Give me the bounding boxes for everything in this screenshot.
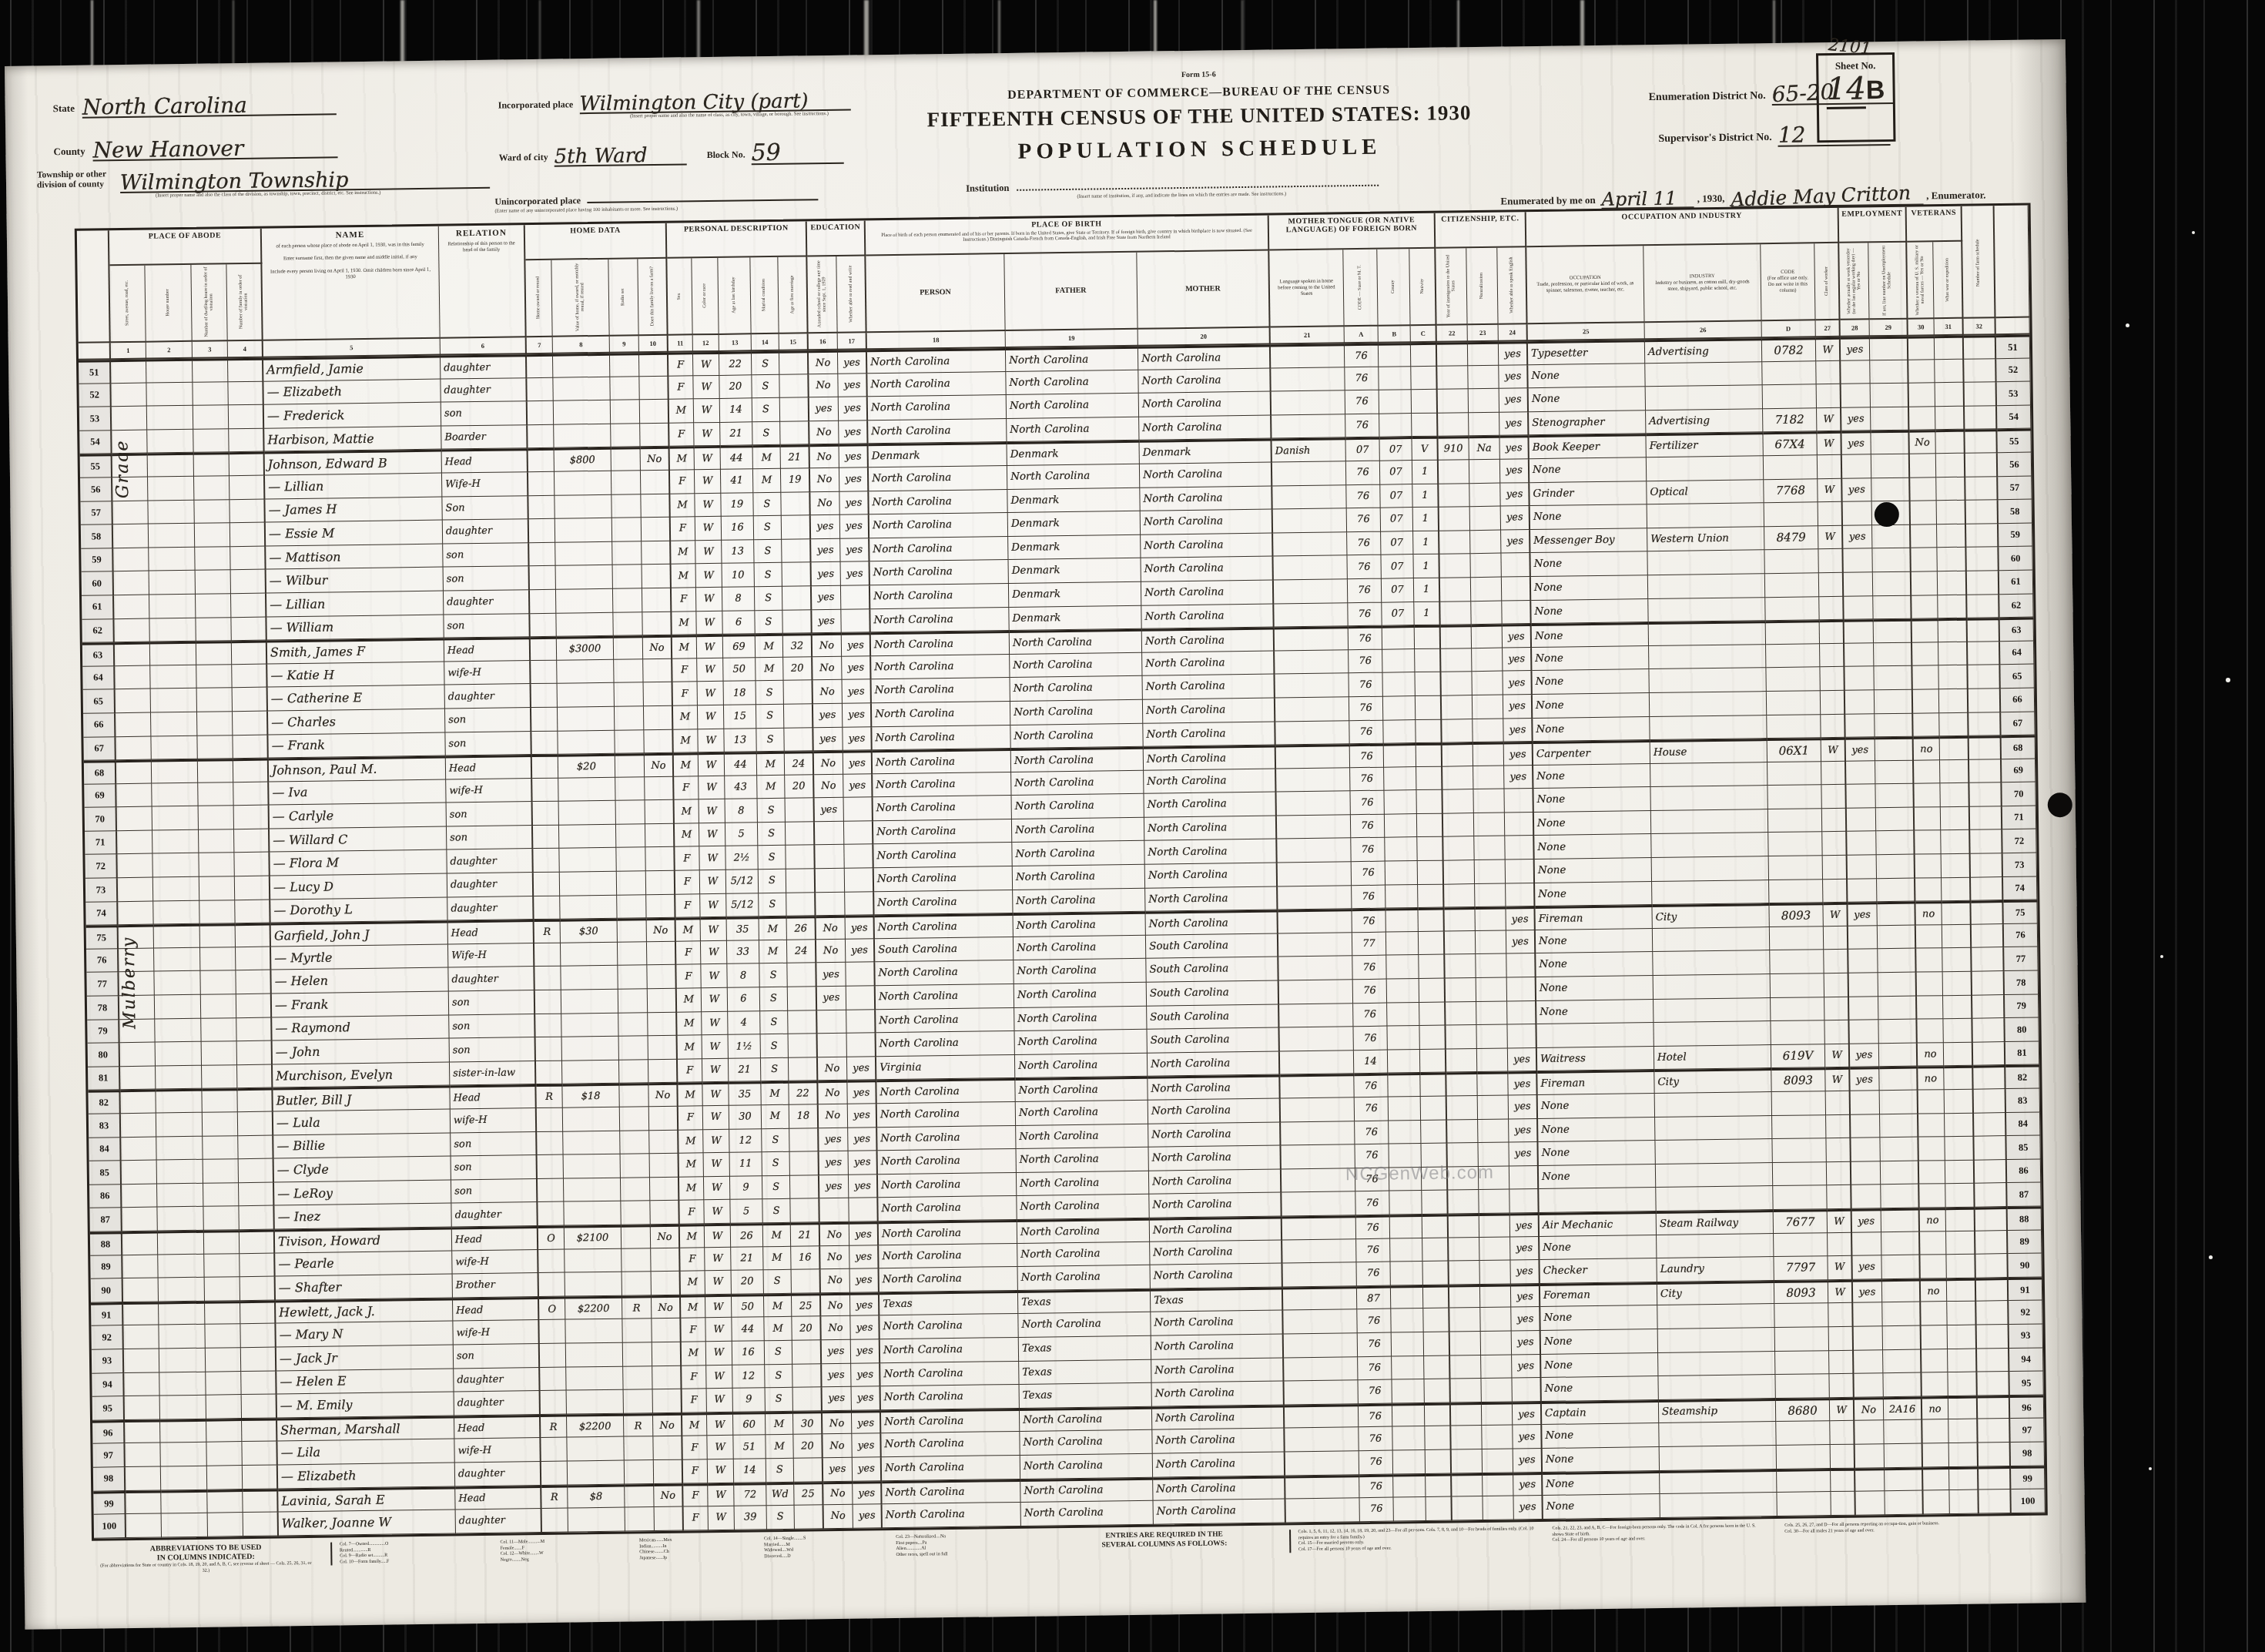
table-cell	[1441, 648, 1472, 672]
table-cell: daughter	[455, 1462, 541, 1486]
table-cell	[1854, 1350, 1883, 1374]
table-cell	[789, 1057, 818, 1081]
table-cell: North Carolina	[873, 796, 1012, 821]
table-cell: No	[823, 1434, 852, 1458]
table-cell: son	[454, 1344, 540, 1369]
table-cell: North Carolina	[1142, 628, 1275, 653]
state-value: North Carolina	[82, 92, 247, 120]
table-cell: yes	[1501, 506, 1530, 530]
table-cell	[532, 755, 558, 779]
table-cell	[199, 876, 235, 900]
table-cell	[1473, 789, 1504, 813]
table-cell: — Lillian	[265, 474, 442, 500]
table-cell	[1654, 998, 1771, 1024]
table-cell: Fireman	[1537, 1070, 1654, 1095]
table-cell	[1653, 951, 1770, 977]
table-cell: Son	[442, 496, 528, 521]
table-cell: Boarder	[441, 425, 528, 450]
table-cell: $8	[568, 1484, 625, 1509]
table-cell	[1972, 995, 2005, 1019]
table-cell	[153, 900, 199, 924]
table-cell	[1772, 1115, 1826, 1140]
table-cell	[647, 942, 676, 966]
table-cell: M	[669, 400, 694, 424]
table-cell	[124, 1372, 159, 1396]
film-streak	[1457, 0, 1459, 54]
table-cell	[1417, 814, 1443, 838]
table-cell: No	[816, 916, 846, 940]
column-subheader: Attended school or college any time sinc…	[807, 256, 837, 333]
table-cell	[817, 1010, 846, 1034]
table-cell	[610, 377, 639, 400]
table-cell: yes	[843, 727, 872, 751]
table-cell	[1851, 1185, 1881, 1209]
table-cell: W	[707, 1412, 733, 1436]
table-cell	[650, 1201, 679, 1225]
table-cell: North Carolina	[869, 537, 1008, 562]
table-cell: son	[449, 990, 535, 1015]
table-cell	[1654, 974, 1771, 1000]
table-cell: No	[813, 657, 842, 681]
table-cell	[561, 943, 618, 967]
table-cell	[559, 801, 616, 826]
table-cell: daughter	[448, 967, 534, 992]
table-cell	[1977, 1372, 2009, 1396]
table-cell: North Carolina	[870, 560, 1009, 585]
table-cell: 15	[724, 705, 756, 729]
table-cell	[1972, 971, 2005, 995]
table-cell	[1440, 578, 1471, 601]
table-cell	[567, 1437, 624, 1462]
table-cell	[1848, 855, 1877, 879]
table-cell: W	[693, 375, 719, 399]
table-cell	[1775, 1327, 1829, 1352]
table-cell	[1443, 837, 1474, 861]
table-cell	[538, 1202, 564, 1226]
table-cell: Hewlett, Jack J.	[276, 1298, 453, 1324]
table-cell: W	[706, 1365, 732, 1389]
table-cell	[1476, 930, 1506, 954]
table-cell	[158, 1231, 204, 1255]
table-cell: North Carolina	[1153, 1476, 1285, 1501]
table-cell: North Carolina	[875, 960, 1014, 986]
column-number	[79, 343, 111, 360]
table-cell	[1824, 973, 1849, 997]
table-cell	[1822, 832, 1847, 856]
line-number: 78	[2005, 971, 2039, 995]
table-cell	[1652, 856, 1769, 882]
line-number: 75	[86, 925, 119, 949]
table-cell	[1274, 579, 1348, 604]
table-cell	[1768, 809, 1822, 833]
table-cell	[531, 660, 557, 684]
table-cell	[1658, 1375, 1775, 1400]
table-cell: daughter	[454, 1391, 541, 1416]
column-number: 3	[193, 341, 228, 359]
table-cell: North Carolina	[1010, 700, 1143, 725]
line-number: 85	[89, 1161, 122, 1185]
table-cell	[1871, 454, 1910, 478]
township-label: Township or other division of county	[37, 169, 117, 190]
table-cell: W	[1825, 1067, 1850, 1091]
table-cell: W	[701, 917, 727, 941]
table-cell: — Mary N	[276, 1322, 453, 1348]
table-cell: W	[1823, 903, 1848, 927]
table-cell: Denmark	[1009, 605, 1141, 631]
table-cell	[1975, 1231, 2008, 1255]
line-number: 59	[81, 548, 113, 572]
table-cell	[1977, 1349, 2009, 1372]
table-cell	[153, 877, 199, 901]
table-cell	[1845, 619, 1874, 643]
table-cell	[841, 585, 870, 609]
table-cell: yes	[852, 1410, 881, 1434]
table-cell	[1973, 1042, 2005, 1066]
table-cell	[1978, 1419, 2010, 1443]
table-cell: 19	[721, 493, 753, 517]
table-cell	[1947, 1302, 1976, 1325]
table-cell	[1975, 1160, 2007, 1184]
table-cell: — M. Emily	[277, 1392, 454, 1419]
table-cell	[1285, 1451, 1359, 1476]
table-cell	[1911, 548, 1937, 572]
table-cell: yes	[838, 350, 867, 374]
table-cell: 60	[733, 1412, 766, 1436]
table-cell: 20	[719, 375, 752, 399]
table-cell: M	[681, 1295, 705, 1319]
table-cell: W	[704, 1177, 730, 1201]
table-cell	[121, 1137, 156, 1161]
table-cell	[1278, 862, 1352, 886]
table-cell	[1418, 884, 1444, 908]
table-cell: None	[1538, 1094, 1655, 1119]
column-subheader: Whether actually at work yesterday (or t…	[1839, 243, 1869, 320]
table-cell	[1942, 877, 1971, 901]
table-cell	[1820, 667, 1845, 691]
table-cell	[1945, 1137, 1974, 1161]
table-cell: M	[756, 658, 783, 682]
column-subheader: CODE — State or M. T.	[1343, 250, 1378, 327]
film-speck	[2149, 1467, 2152, 1470]
table-cell	[196, 665, 232, 689]
table-cell	[844, 845, 873, 869]
table-cell: yes	[839, 444, 869, 468]
column-group-header: PLACE OF BIRTHPlace of birth of each per…	[866, 216, 1270, 256]
enumerated-label: Enumerated by me on	[1500, 194, 1595, 207]
column-number: A	[1345, 327, 1379, 344]
table-cell: yes	[822, 1363, 851, 1387]
table-cell	[1392, 1332, 1424, 1356]
line-number: 57	[1998, 476, 2032, 500]
table-cell	[1481, 1331, 1512, 1355]
table-cell	[1474, 836, 1505, 860]
table-cell: Head	[444, 637, 531, 662]
table-cell	[644, 729, 673, 753]
table-cell: yes	[840, 538, 869, 562]
table-cell	[1881, 1255, 1920, 1279]
table-cell: Texas	[1018, 1288, 1151, 1314]
table-cell	[641, 494, 670, 518]
table-cell	[1469, 412, 1499, 436]
table-cell	[1449, 1214, 1479, 1238]
column-number: 13	[719, 334, 752, 352]
table-cell: W	[701, 964, 727, 988]
table-cell: yes	[1513, 1402, 1542, 1426]
table-cell: 12	[732, 1365, 765, 1389]
table-cell: None	[1536, 1000, 1654, 1025]
table-cell	[116, 736, 151, 760]
table-cell	[1439, 554, 1470, 578]
table-cell	[784, 704, 813, 728]
table-cell: None	[1538, 1118, 1655, 1143]
table-cell: Butler, Bill J	[273, 1086, 450, 1112]
street-name: Grace	[112, 371, 132, 498]
table-cell: North Carolina	[1018, 1312, 1151, 1338]
table-cell	[1384, 767, 1416, 791]
table-cell	[615, 730, 644, 754]
table-cell	[1847, 808, 1876, 832]
table-cell: daughter	[447, 849, 533, 874]
table-cell	[1851, 1091, 1880, 1114]
table-cell: Head	[454, 1415, 541, 1439]
table-cell	[1938, 665, 1968, 689]
table-cell: North Carolina	[1152, 1382, 1285, 1407]
table-cell	[199, 829, 234, 853]
line-number: 65	[83, 690, 116, 714]
table-cell	[1446, 1002, 1476, 1026]
table-cell: — Shafter	[276, 1275, 453, 1301]
table-cell: 24	[785, 751, 814, 775]
table-cell	[233, 735, 268, 759]
table-cell	[1437, 366, 1468, 390]
table-cell: No	[823, 1481, 853, 1505]
table-cell	[1854, 1373, 1883, 1397]
table-cell: North Carolina	[870, 584, 1009, 609]
table-cell: yes	[819, 1175, 849, 1199]
table-cell	[1948, 1396, 1978, 1419]
table-cell	[780, 398, 809, 422]
table-cell	[235, 900, 270, 923]
table-cell: No	[816, 940, 846, 963]
table-cell	[239, 1182, 274, 1206]
column-subheader: CODE (For office use only. Do not write …	[1761, 243, 1815, 321]
column-header: RELATIONRelationship of this person to t…	[439, 225, 527, 338]
table-cell: 8	[727, 964, 759, 988]
table-cell	[1849, 973, 1878, 997]
table-cell: North Carolina	[874, 890, 1013, 916]
table-cell: None	[1538, 1141, 1655, 1166]
table-cell: S	[752, 351, 779, 375]
table-cell	[541, 1391, 567, 1415]
table-cell: 22	[719, 351, 752, 375]
table-cell	[792, 1269, 821, 1293]
table-cell: 76	[1357, 1309, 1391, 1333]
table-cell: Texas	[880, 1291, 1018, 1316]
table-cell	[568, 1461, 625, 1486]
table-cell: yes	[811, 539, 840, 563]
line-number: 74	[85, 902, 118, 926]
table-cell	[566, 1343, 623, 1368]
table-cell	[147, 430, 193, 454]
line-number: 51	[79, 360, 111, 384]
table-cell	[1657, 1304, 1774, 1329]
table-cell	[1875, 690, 1913, 714]
table-cell	[535, 1014, 561, 1037]
table-cell	[120, 1090, 156, 1114]
table-cell	[1975, 1183, 2007, 1207]
ed-label: Enumeration District No.	[1649, 90, 1766, 103]
table-cell: Head	[450, 1084, 536, 1109]
table-cell: R	[536, 1084, 562, 1108]
table-cell	[1506, 860, 1535, 883]
table-cell: S	[766, 1388, 793, 1412]
table-cell	[116, 712, 151, 736]
table-cell: W	[1817, 408, 1841, 432]
table-cell: yes	[1503, 624, 1532, 648]
film-streak	[1773, 0, 1775, 46]
footer-abbreviations: ABBREVIATIONS TO BE USED IN COLUMNS INDI…	[98, 1543, 313, 1576]
table-cell	[197, 689, 233, 712]
table-cell: — Jack Jr	[276, 1345, 454, 1371]
table-cell	[555, 471, 611, 496]
table-cell: yes	[1504, 742, 1533, 766]
table-cell	[1871, 384, 1909, 407]
state-label: State	[53, 102, 75, 114]
table-cell: no	[1918, 1043, 1944, 1067]
line-number: 62	[1999, 594, 2033, 618]
table-cell: W	[695, 493, 721, 517]
table-cell	[155, 1018, 201, 1042]
table-cell	[199, 806, 234, 829]
table-cell	[538, 1155, 564, 1179]
table-cell: yes	[812, 586, 841, 610]
table-cell: North Carolina	[1145, 886, 1278, 912]
table-cell	[1379, 367, 1411, 390]
table-cell	[527, 377, 553, 401]
table-cell	[1974, 1089, 2006, 1113]
table-cell: No	[648, 1083, 678, 1107]
table-cell: North Carolina	[869, 513, 1008, 538]
table-cell: 16	[732, 1341, 765, 1365]
table-cell: W	[702, 1035, 729, 1059]
table-cell	[1770, 927, 1824, 951]
film-streak	[864, 0, 869, 62]
line-number: 83	[2006, 1089, 2040, 1113]
table-cell	[1386, 956, 1419, 980]
table-cell	[1659, 1422, 1776, 1447]
column-number: 17	[838, 333, 867, 350]
table-cell: North Carolina	[1139, 415, 1272, 441]
table-cell: F	[672, 588, 696, 612]
line-number: 51	[1996, 335, 2030, 359]
table-cell	[1970, 806, 2002, 830]
table-cell	[568, 1508, 625, 1533]
table-cell: yes	[1499, 412, 1529, 436]
table-cell: 77	[1352, 932, 1386, 956]
table-cell: yes	[849, 1245, 879, 1269]
table-cell: yes	[842, 656, 871, 680]
table-cell: Western Union	[1647, 527, 1764, 552]
table-cell	[1482, 1402, 1513, 1426]
table-cell	[1915, 807, 1941, 831]
table-cell: North Carolina	[1151, 1311, 1283, 1336]
table-cell: F	[676, 941, 701, 965]
table-cell	[1412, 413, 1438, 437]
table-cell	[1936, 454, 1965, 478]
table-cell	[1420, 1049, 1446, 1073]
table-cell	[528, 495, 555, 519]
table-cell: wife-H	[446, 779, 532, 803]
table-cell: 76	[1351, 838, 1385, 862]
table-cell: 76	[1359, 1403, 1392, 1427]
table-cell	[1506, 883, 1535, 907]
table-cell	[615, 706, 644, 730]
table-cell	[1816, 360, 1841, 384]
table-cell	[151, 736, 197, 759]
table-cell: Captain	[1542, 1400, 1659, 1426]
table-cell	[122, 1231, 158, 1255]
table-cell: F	[681, 1319, 705, 1342]
column-number: 23	[1468, 325, 1499, 343]
table-cell	[1880, 1114, 1918, 1138]
table-cell	[1651, 833, 1768, 859]
table-cell: yes	[1510, 1213, 1540, 1237]
line-number: 81	[88, 1067, 120, 1091]
table-cell	[230, 523, 266, 547]
table-cell	[1878, 1020, 1917, 1044]
table-cell: F	[674, 776, 699, 800]
table-cell: 76	[1349, 697, 1383, 721]
enumerated-date: April 11	[1601, 188, 1677, 210]
table-cell: yes	[819, 1151, 849, 1175]
table-cell	[1283, 1286, 1357, 1311]
table-cell: North Carolina	[872, 678, 1010, 703]
table-cell: North Carolina	[1141, 533, 1273, 558]
table-cell	[845, 868, 874, 892]
table-cell	[1845, 690, 1875, 714]
table-cell	[1944, 1066, 1973, 1090]
table-cell	[1915, 854, 1942, 878]
table-cell: North Carolina	[1152, 1405, 1285, 1430]
table-cell: yes	[813, 704, 843, 728]
table-cell	[1649, 668, 1766, 693]
column-number: 2	[146, 342, 193, 360]
table-cell	[1977, 1325, 2009, 1349]
table-cell	[156, 1042, 202, 1066]
table-cell: yes	[849, 1174, 878, 1198]
line-number: 55	[80, 454, 112, 478]
table-cell	[1771, 1020, 1824, 1045]
table-cell: daughter	[445, 684, 531, 709]
table-cell	[1480, 1308, 1511, 1332]
table-cell: North Carolina	[877, 1126, 1016, 1151]
table-cell: W	[696, 564, 722, 588]
table-cell: yes	[842, 632, 871, 656]
table-cell	[567, 1390, 624, 1415]
footer-entries-title: ENTRIES ARE REQUIRED IN THE SEVERAL COLU…	[1057, 1530, 1272, 1551]
film-speck	[2126, 323, 2129, 327]
table-cell	[1975, 1207, 2008, 1231]
table-cell	[157, 1160, 203, 1184]
table-cell: — Carlyle	[270, 803, 447, 829]
table-cell	[1819, 573, 1844, 597]
table-cell: North Carolina	[881, 1409, 1020, 1434]
table-cell: No	[653, 1412, 682, 1436]
table-cell	[1470, 507, 1501, 531]
table-cell	[1964, 335, 1996, 359]
table-cell	[204, 1230, 240, 1254]
table-cell: Fireman	[1535, 905, 1652, 930]
